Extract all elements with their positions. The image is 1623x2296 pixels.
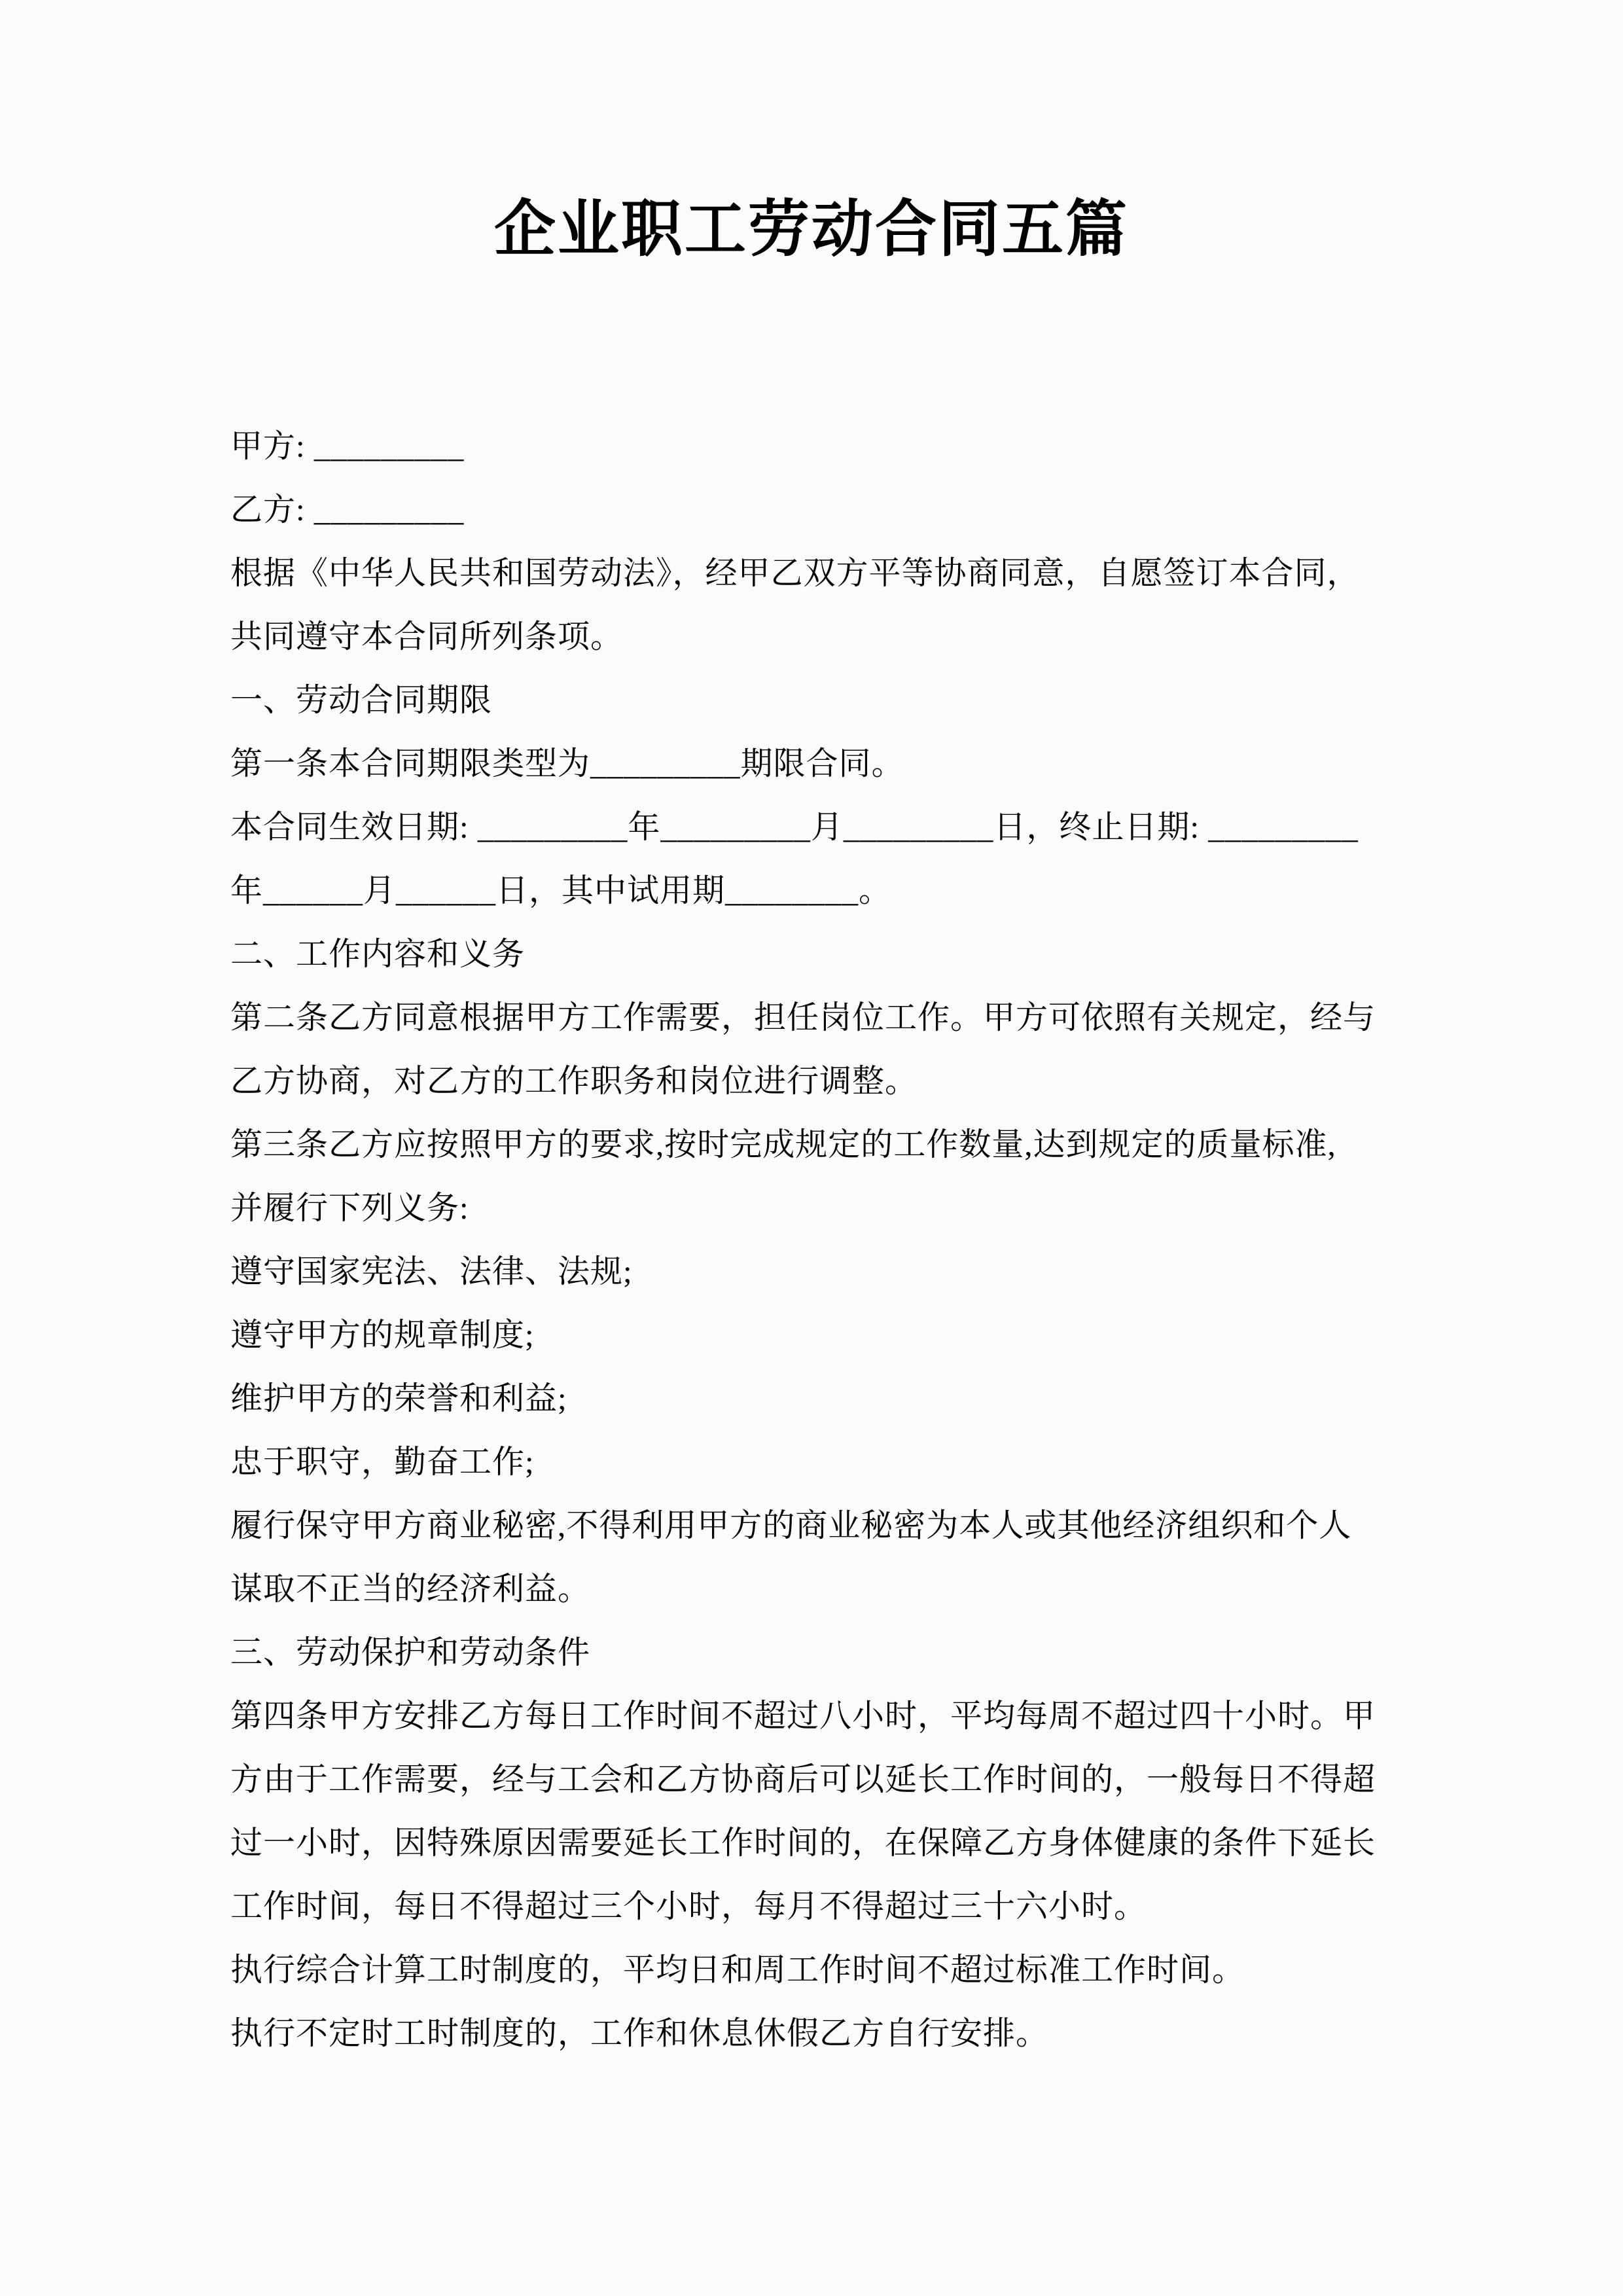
document-title: 企业职工劳动合同五篇 [0, 194, 1623, 266]
obligation-line-3: 维护甲方的荣誉和利益; [230, 1367, 1392, 1430]
work-hours-line-2: 执行不定时工时制度的，工作和休息休假乙方自行安排。 [230, 2001, 1392, 2065]
obligation-line-1: 遵守国家宪法、法律、法规; [230, 1240, 1392, 1303]
article-2-line-2: 乙方协商，对乙方的工作职务和岗位进行调整。 [230, 1049, 1392, 1113]
obligation-line-5a: 履行保守甲方商业秘密,不得利用甲方的商业秘密为本人或其他经济组织和个人 [230, 1494, 1392, 1557]
work-hours-line-1: 执行综合计算工时制度的，平均日和周工作时间不超过标准工作时间。 [230, 1938, 1392, 2001]
article-1-term-line: 第一条本合同期限类型为_________期限合同。 [230, 732, 1392, 795]
section-2-heading: 二、工作内容和义务 [230, 922, 1392, 986]
article-1-dates-line-1: 本合同生效日期: _________年_________月_________日，… [230, 795, 1392, 859]
article-3-line-2: 并履行下列义务: [230, 1176, 1392, 1240]
party-a-line: 甲方: _________ [230, 414, 1392, 478]
obligation-line-2: 遵守甲方的规章制度; [230, 1303, 1392, 1367]
preamble-line-1: 根据《中华人民共和国劳动法》，经甲乙双方平等协商同意，自愿签订本合同， [230, 541, 1392, 605]
section-3-heading: 三、劳动保护和劳动条件 [230, 1621, 1392, 1684]
document-body: 甲方: _________ 乙方: _________ 根据《中华人民共和国劳动… [230, 414, 1392, 2065]
party-b-line: 乙方: _________ [230, 478, 1392, 541]
article-3-line-1: 第三条乙方应按照甲方的要求,按时完成规定的工作数量,达到规定的质量标准, [230, 1113, 1392, 1176]
article-2-line-1: 第二条乙方同意根据甲方工作需要，担任岗位工作。甲方可依照有关规定，经与 [230, 986, 1392, 1049]
article-4-line-1: 第四条甲方安排乙方每日工作时间不超过八小时，平均每周不超过四十小时。甲 [230, 1684, 1392, 1748]
preamble-line-2: 共同遵守本合同所列条项。 [230, 605, 1392, 668]
obligation-line-5b: 谋取不正当的经济利益。 [230, 1557, 1392, 1621]
document-page: 企业职工劳动合同五篇 甲方: _________ 乙方: _________ 根… [0, 0, 1623, 2296]
article-4-line-2: 方由于工作需要，经与工会和乙方协商后可以延长工作时间的，一般每日不得超 [230, 1748, 1392, 1811]
article-4-line-4: 工作时间，每日不得超过三个小时，每月不得超过三十六小时。 [230, 1874, 1392, 1938]
section-1-heading: 一、劳动合同期限 [230, 668, 1392, 732]
article-4-line-3: 过一小时，因特殊原因需要延长工作时间的，在保障乙方身体健康的条件下延长 [230, 1811, 1392, 1874]
obligation-line-4: 忠于职守，勤奋工作; [230, 1430, 1392, 1494]
article-1-dates-line-2: 年______月______日，其中试用期________。 [230, 859, 1392, 922]
